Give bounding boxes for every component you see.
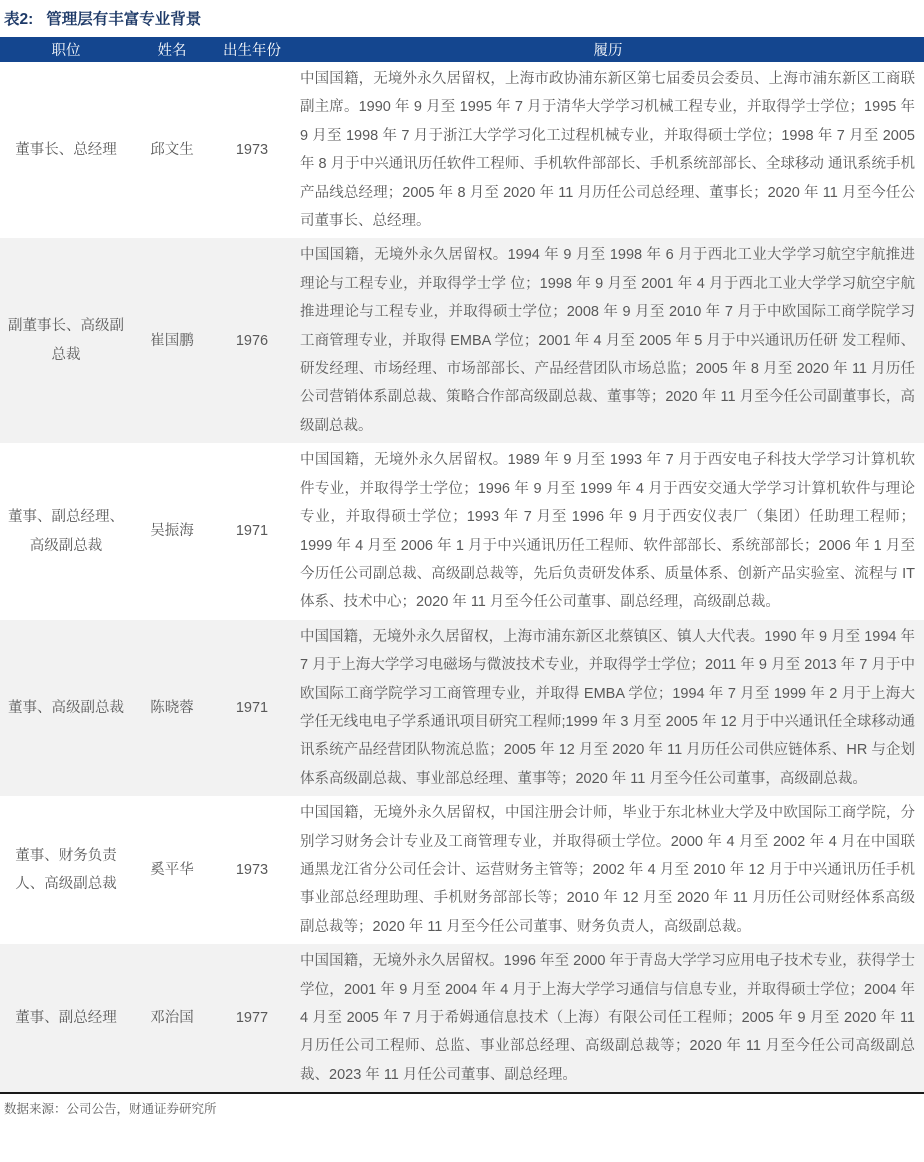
birth-year-cell: 1971 bbox=[212, 443, 292, 619]
table-row: 董事、副总经理 邓治国 1977 中国国籍，无境外永久居留权。1996 年至 2… bbox=[0, 944, 924, 1093]
resume-cell: 中国国籍，无境外永久居留权。1994 年 9 月至 1998 年 6 月于西北工… bbox=[292, 238, 924, 443]
resume-cell: 中国国籍，无境外永久居留权，上海市浦东新区北蔡镇区、镇人大代表。1990 年 9… bbox=[292, 620, 924, 796]
name-cell: 崔国鹏 bbox=[132, 238, 212, 443]
position-cell: 董事、副总经理、高级副总裁 bbox=[0, 443, 132, 619]
report-table-page: 表2: 管理层有丰富专业背景 职位 姓名 出生年份 履历 董事长、总经理 邱文生… bbox=[0, 0, 924, 1121]
data-source-note: 数据来源：公司公告，财通证券研究所 bbox=[0, 1094, 924, 1121]
birth-year-cell: 1976 bbox=[212, 238, 292, 443]
resume-cell: 中国国籍，无境外永久居留权，中国注册会计师，毕业于东北林业大学及中欧国际工商学院… bbox=[292, 796, 924, 944]
birth-year-cell: 1977 bbox=[212, 944, 292, 1093]
table-body: 董事长、总经理 邱文生 1973 中国国籍，无境外永久居留权，上海市政协浦东新区… bbox=[0, 62, 924, 1093]
page-title: 表2: 管理层有丰富专业背景 bbox=[0, 0, 924, 37]
position-cell: 董事长、总经理 bbox=[0, 62, 132, 238]
name-cell: 邓治国 bbox=[132, 944, 212, 1093]
name-cell: 邱文生 bbox=[132, 62, 212, 238]
position-cell: 董事、高级副总裁 bbox=[0, 620, 132, 796]
column-header-birth-year: 出生年份 bbox=[212, 37, 292, 62]
resume-cell: 中国国籍，无境外永久居留权。1996 年至 2000 年于青岛大学学习应用电子技… bbox=[292, 944, 924, 1093]
table-row: 董事长、总经理 邱文生 1973 中国国籍，无境外永久居留权，上海市政协浦东新区… bbox=[0, 62, 924, 238]
table-number-label: 表2: bbox=[4, 7, 33, 29]
position-cell: 董事、副总经理 bbox=[0, 944, 132, 1093]
table-row: 董事、高级副总裁 陈晓蓉 1971 中国国籍，无境外永久居留权，上海市浦东新区北… bbox=[0, 620, 924, 796]
resume-cell: 中国国籍，无境外永久居留权，上海市政协浦东新区第七届委员会委员、上海市浦东新区工… bbox=[292, 62, 924, 238]
table-title-text: 管理层有丰富专业背景 bbox=[46, 7, 201, 29]
column-header-position: 职位 bbox=[0, 37, 132, 62]
resume-cell: 中国国籍，无境外永久居留权。1989 年 9 月至 1993 年 7 月于西安电… bbox=[292, 443, 924, 619]
position-cell: 董事、财务负责人、高级副总裁 bbox=[0, 796, 132, 944]
column-header-name: 姓名 bbox=[132, 37, 212, 62]
table-row: 董事、副总经理、高级副总裁 吴振海 1971 中国国籍，无境外永久居留权。198… bbox=[0, 443, 924, 619]
name-cell: 奚平华 bbox=[132, 796, 212, 944]
name-cell: 陈晓蓉 bbox=[132, 620, 212, 796]
position-cell: 副董事长、高级副总裁 bbox=[0, 238, 132, 443]
table-row: 副董事长、高级副总裁 崔国鹏 1976 中国国籍，无境外永久居留权。1994 年… bbox=[0, 238, 924, 443]
table-header-row: 职位 姓名 出生年份 履历 bbox=[0, 37, 924, 62]
birth-year-cell: 1973 bbox=[212, 796, 292, 944]
birth-year-cell: 1973 bbox=[212, 62, 292, 238]
birth-year-cell: 1971 bbox=[212, 620, 292, 796]
column-header-resume: 履历 bbox=[292, 37, 924, 62]
management-table: 职位 姓名 出生年份 履历 董事长、总经理 邱文生 1973 中国国籍，无境外永… bbox=[0, 37, 924, 1094]
table-row: 董事、财务负责人、高级副总裁 奚平华 1973 中国国籍，无境外永久居留权，中国… bbox=[0, 796, 924, 944]
name-cell: 吴振海 bbox=[132, 443, 212, 619]
